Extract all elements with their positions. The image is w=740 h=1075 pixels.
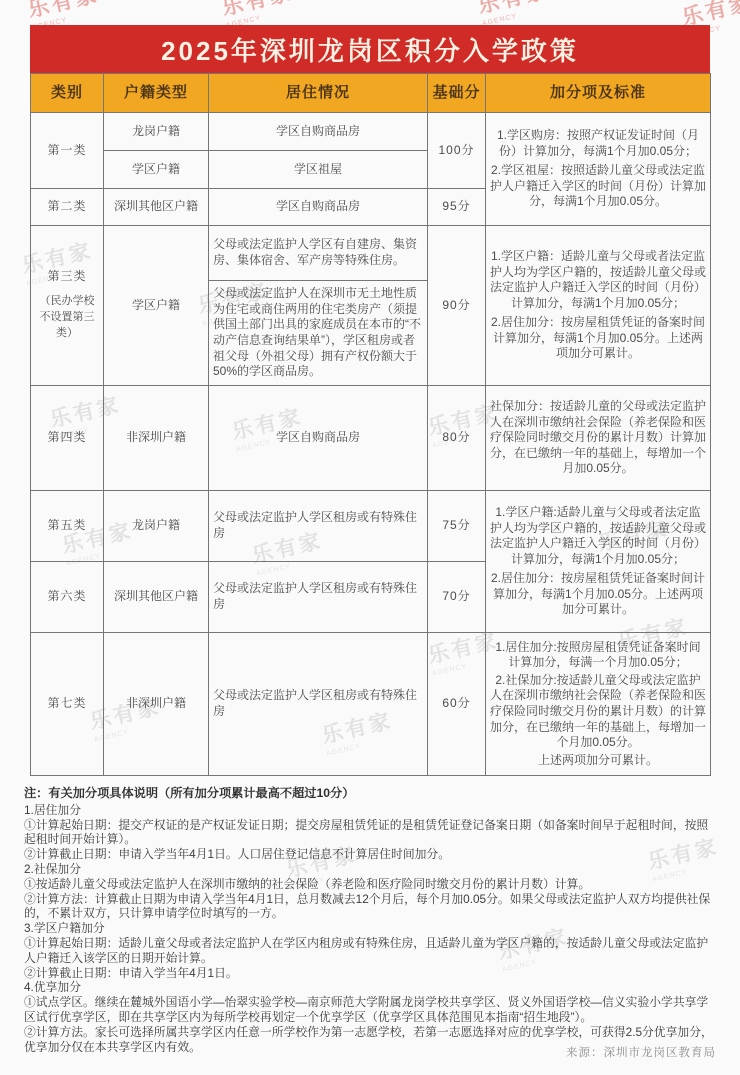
- bonus-item: 2.居住加分：按房屋租赁凭证的备案时间计算加分，每满1个月加0.05分。上述两项…: [490, 315, 706, 362]
- cat5-score: 75分: [428, 491, 486, 562]
- cat6-residence: 父母或法定监护人学区租房或有特殊住房: [209, 562, 428, 633]
- col-header-category: 类别: [31, 74, 104, 113]
- table-row: 第三类 （民办学校不设置第三类） 学区户籍 父母或法定监护人学区有自建房、集资房…: [31, 226, 711, 281]
- cat5-hukou: 龙岗户籍: [104, 491, 209, 562]
- note-line: ①试点学区。继续在麓城外国语小学—怡翠实验学校—南京师范大学附属龙岗学校共享学区…: [24, 995, 718, 1025]
- cat4-hukou: 非深圳户籍: [104, 386, 209, 491]
- note-line: ①计算起始日期：提交产权证的是产权证发证日期；提交房屋租赁凭证的是租赁凭证登记备…: [24, 818, 718, 848]
- cat1-hukou-a: 龙岗户籍: [104, 113, 209, 151]
- category-7-label: 第七类: [31, 633, 104, 776]
- bonus-item: 2.社保加分:按适龄儿童父母或法定监护人在深圳市缴纳社会保险（养老保险和医疗保险…: [490, 673, 706, 751]
- note-line: 1.居住加分: [24, 803, 718, 818]
- cat3-score: 90分: [428, 226, 486, 386]
- note-line: ①计算起始日期：适龄儿童父母或者法定监护人在学区内租房或有特殊住房，且适龄儿童为…: [24, 936, 718, 966]
- brand-watermark: 乐有家AGENCY: [475, 0, 554, 28]
- category-3-label: 第三类 （民办学校不设置第三类）: [31, 226, 104, 386]
- bonus-item: 1.学区购房：按照产权证发证时间（月份）计算加分，每满1个月加0.05分；: [490, 128, 706, 159]
- category-2-label: 第二类: [31, 189, 104, 226]
- note-line: ②计算截止日期：申请入学当年4月1日。人口居住登记信息不计算居住时间加分。: [24, 847, 718, 862]
- cat3-subtitle: （民办学校不设置第三类）: [35, 294, 99, 342]
- source-attribution: 来源：深圳市龙岗区教育局: [566, 1044, 716, 1060]
- cat4-score: 80分: [428, 386, 486, 491]
- cat2-score: 95分: [428, 189, 486, 226]
- note-line: 3.学区户籍加分: [24, 921, 718, 936]
- policy-document-page: 乐有家AGENCY 乐有家AGENCY 乐有家AGENCY 乐有家AGENCY …: [0, 0, 740, 1075]
- category-5-label: 第五类: [31, 491, 104, 562]
- table-row: 第一类 龙岗户籍 学区自购商品房 100分 1.学区购房：按照产权证发证时间（月…: [31, 113, 711, 151]
- cat1-residence-a: 学区自购商品房: [209, 113, 428, 151]
- cat4-residence: 学区自购商品房: [209, 386, 428, 491]
- cat7-bonus-cell: 1.居住加分:按照房屋租赁凭证备案时间计算加分，每满一个月加0.05分； 2.社…: [486, 633, 711, 776]
- cat6-hukou: 深圳其他区户籍: [104, 562, 209, 633]
- bonus-item: 1.居住加分:按照房屋租赁凭证备案时间计算加分，每满一个月加0.05分；: [490, 640, 706, 671]
- bonus-item: 上述两项加分可累计。: [490, 753, 706, 769]
- cat3-residence-a: 父母或法定监护人学区有自建房、集资房、集体宿舍、军产房等特殊住房。: [209, 226, 428, 281]
- cat6-score: 70分: [428, 562, 486, 633]
- cat7-score: 60分: [428, 633, 486, 776]
- note-line: 4.优享加分: [24, 980, 718, 995]
- cat1-2-bonus-cell: 1.学区购房：按照产权证发证时间（月份）计算加分，每满1个月加0.05分； 2.…: [486, 113, 711, 226]
- cat7-hukou: 非深圳户籍: [104, 633, 209, 776]
- note-line: ①按适龄儿童父母或法定监护人在深圳市缴纳的社会保险（养老险和医疗险同时缴交月份的…: [24, 877, 718, 892]
- cat4-bonus-cell: 社保加分：按适龄儿童的父母或法定监护人在深圳市缴纳社会保险（养老保险和医疗保险同…: [486, 386, 711, 491]
- note-line: ②计算截止日期：申请入学当年4月1日。: [24, 966, 718, 981]
- col-header-bonus: 加分项及标准: [486, 74, 711, 113]
- bonus-item: 社保加分：按适龄儿童的父母或法定监护人在深圳市缴纳社会保险（养老保险和医疗保险同…: [490, 399, 706, 477]
- cat5-6-bonus-cell: 1.学区户籍:适龄儿童与父母或者法定监护人均为学区户籍的，按适龄儿童父母或法定监…: [486, 491, 711, 633]
- category-1-label: 第一类: [31, 113, 104, 189]
- cat2-residence: 学区自购商品房: [209, 189, 428, 226]
- category-4-label: 第四类: [31, 386, 104, 491]
- col-header-base-score: 基础分: [428, 74, 486, 113]
- cat1-residence-b: 学区祖屋: [209, 151, 428, 189]
- table-header-row: 类别 户籍类型 居住情况 基础分 加分项及标准: [31, 74, 711, 113]
- table-row: 第五类 龙岗户籍 父母或法定监护人学区租房或有特殊住房 75分 1.学区户籍:适…: [31, 491, 711, 562]
- cat7-residence: 父母或法定监护人学区租房或有特殊住房: [209, 633, 428, 776]
- category-6-label: 第六类: [31, 562, 104, 633]
- cat3-hukou: 学区户籍: [104, 226, 209, 386]
- policy-table: 类别 户籍类型 居住情况 基础分 加分项及标准 第一类 龙岗户籍 学区自购商品房…: [30, 73, 711, 776]
- cat5-residence: 父母或法定监护人学区租房或有特殊住房: [209, 491, 428, 562]
- notes-section: 注：有关加分项具体说明（所有加分项累计最高不超过10分） 1.居住加分 ①计算起…: [24, 786, 718, 1054]
- cat3-residence-b: 父母或法定监护人在深圳市无土地性质为住宅或商住两用的住宅类房产（须提供国土部门出…: [209, 281, 428, 386]
- table-row: 第七类 非深圳户籍 父母或法定监护人学区租房或有特殊住房 60分 1.居住加分:…: [31, 633, 711, 776]
- cat3-bonus-cell: 1.学区户籍：适龄儿童与父母或者法定监护人均为学区户籍的，按适龄儿童父母或法定监…: [486, 226, 711, 386]
- cat1-score: 100分: [428, 113, 486, 189]
- note-line: 2.社保加分: [24, 862, 718, 877]
- table-row: 第四类 非深圳户籍 学区自购商品房 80分 社保加分：按适龄儿童的父母或法定监护…: [31, 386, 711, 491]
- notes-heading: 注：有关加分项具体说明（所有加分项累计最高不超过10分）: [24, 786, 718, 801]
- page-title: 2025年深圳龙岗区积分入学政策: [161, 31, 579, 68]
- cat2-hukou: 深圳其他区户籍: [104, 189, 209, 226]
- cat3-title: 第三类: [47, 269, 86, 283]
- bonus-item: 1.学区户籍：适龄儿童与父母或者法定监护人均为学区户籍的，按适龄儿童父母或法定监…: [490, 249, 706, 311]
- note-line: ②计算方法：计算截止日期为申请入学当年4月1日，总月数减去12个月后，每个月加0…: [24, 892, 718, 922]
- title-banner: 2025年深圳龙岗区积分入学政策: [30, 25, 710, 73]
- bonus-item: 2.学区祖屋：按照适龄儿童父母或法定监护人户籍迁入学区的时间（月份）计算加分，每…: [490, 163, 706, 210]
- bonus-item: 2.居住加分：按房屋租赁凭证备案时间计算加分，每满1个月加0.05分。上述两项加…: [490, 571, 706, 618]
- cat1-hukou-b: 学区户籍: [104, 151, 209, 189]
- col-header-hukou-type: 户籍类型: [104, 74, 209, 113]
- col-header-residence: 居住情况: [209, 74, 428, 113]
- bonus-item: 1.学区户籍:适龄儿童与父母或者法定监护人均为学区户籍的，按适龄儿童父母或法定监…: [490, 505, 706, 567]
